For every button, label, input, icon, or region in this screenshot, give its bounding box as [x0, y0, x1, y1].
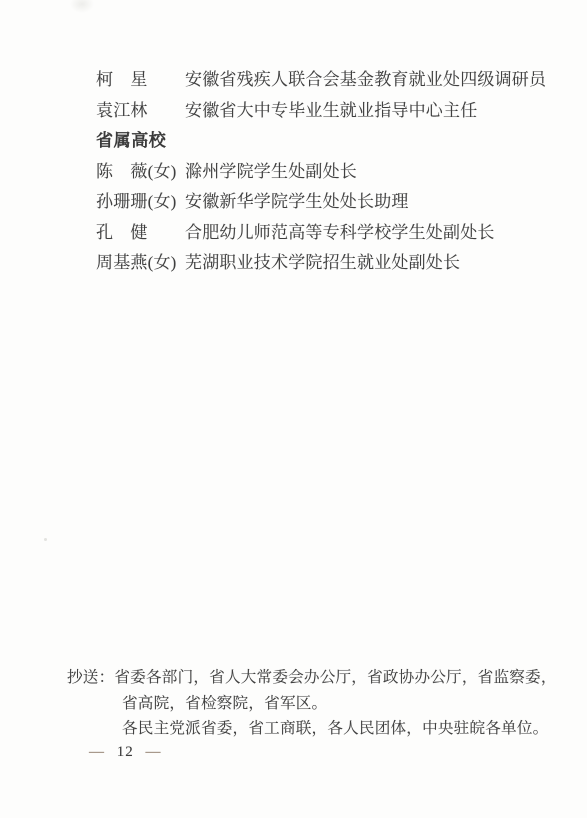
roster-row: 孙珊珊(女) 安徽新华学院学生处处长助理 [96, 187, 556, 218]
page-number-value: 12 [114, 744, 137, 760]
appointee-title: 安徽省残疾人联合会基金教育就业处四级调研员 [185, 65, 556, 96]
scan-smudge-artifact [70, 0, 94, 13]
appointee-roster: 柯 星 安徽省残疾人联合会基金教育就业处四级调研员 袁江林 安徽省大中专毕业生就… [96, 65, 556, 279]
cc-line: 省高院，省检察院，省军区。 [67, 691, 557, 717]
appointee-title: 滁州学院学生处副处长 [185, 157, 556, 188]
page-number-right-dash: — [142, 744, 166, 760]
page-number-left-dash: — [85, 744, 109, 760]
appointee-title: 合肥幼儿师范高等专科学校学生处副处长 [185, 218, 556, 249]
appointee-name: 柯 星 [96, 65, 185, 96]
cc-label: 抄送： [67, 665, 114, 691]
appointee-name: 袁江林 [96, 96, 185, 127]
appointee-title: 安徽省大中专毕业生就业指导中心主任 [185, 96, 556, 127]
appointee-title: 芜湖职业技术学院招生就业处副处长 [185, 248, 556, 279]
cc-distribution-block: 抄送： 省委各部门，省人大常委会办公厅，省政协办公厅，省监察委， 省高院，省检察… [67, 665, 557, 742]
roster-row: 陈 薇(女) 滁州学院学生处副处长 [96, 157, 556, 188]
roster-row: 袁江林 安徽省大中专毕业生就业指导中心主任 [96, 96, 556, 127]
cc-line: 各民主党派省委，省工商联，各人民团体，中央驻皖各单位。 [67, 716, 557, 742]
roster-row: 孔 健 合肥幼儿师范高等专科学校学生处副处长 [96, 218, 556, 249]
cc-line: 抄送： 省委各部门，省人大常委会办公厅，省政协办公厅，省监察委， [67, 665, 557, 691]
scan-speck-artifact [44, 538, 47, 541]
roster-row: 周基燕(女) 芜湖职业技术学院招生就业处副处长 [96, 248, 556, 279]
appointee-title: 安徽新华学院学生处处长助理 [185, 187, 556, 218]
appointee-name: 周基燕(女) [96, 248, 185, 279]
section-heading-provincial-universities: 省属高校 [96, 126, 556, 157]
cc-line-text: 省委各部门，省人大常委会办公厅，省政协办公厅，省监察委， [114, 665, 556, 691]
appointee-name: 陈 薇(女) [96, 157, 185, 188]
roster-row: 柯 星 安徽省残疾人联合会基金教育就业处四级调研员 [96, 65, 556, 96]
appointee-name: 孔 健 [96, 218, 185, 249]
scanned-page: 柯 星 安徽省残疾人联合会基金教育就业处四级调研员 袁江林 安徽省大中专毕业生就… [0, 0, 587, 818]
page-number: — 12 — [85, 742, 166, 762]
appointee-name: 孙珊珊(女) [96, 187, 185, 218]
